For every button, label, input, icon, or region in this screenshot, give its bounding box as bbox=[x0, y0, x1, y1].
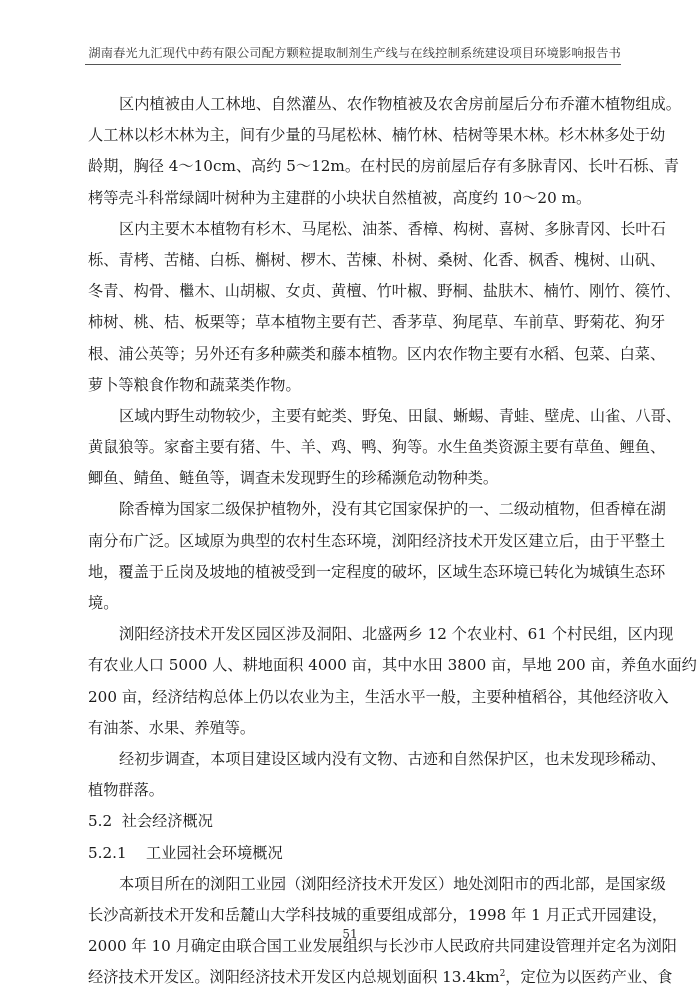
paragraph-vegetation: 区内植被由人工林地、自然灌丛、农作物植被及农舍房前屋后分布乔灌木植物组成。 人工… bbox=[88, 89, 626, 214]
text-line: 经初步调查，本项目建设区域内没有文物、古迹和自然保护区，也未发现珍稀动、 bbox=[88, 744, 626, 775]
paragraph-woody-plants: 区内主要木本植物有杉木、马尾松、油茶、香樟、构树、喜树、多脉青冈、长叶石 栎、青… bbox=[88, 214, 626, 401]
paragraph-wildlife: 区域内野生动物较少，主要有蛇类、野兔、田鼠、蜥蜴、青蛙、壁虎、山雀、八哥、 黄鼠… bbox=[88, 401, 626, 495]
text-line: 地，覆盖于丘岗及坡地的植被受到一定程度的破坏，区域生态环境已转化为城镇生态环 bbox=[88, 557, 626, 588]
text-line: 柿树、桃、桔、板栗等；草本植物主要有芒、香茅草、狗尾草、车前草、野菊花、狗牙 bbox=[88, 307, 626, 338]
text-line: 栲等壳斗科常绿阔叶树种为主建群的小块状自然植被，高度约 10～20 m。 bbox=[88, 183, 626, 214]
text-line: 浏阳经济技术开发区园区涉及洞阳、北盛两乡 12 个农业村、61 个村民组，区内现 bbox=[88, 619, 626, 650]
text-line: 经济技术开发区。浏阳经济技术开发区内总规划面积 13.4km2，定位为以医药产业… bbox=[88, 962, 626, 989]
text-line: 冬青、构骨、檵木、山胡椒、女贞、黄檀、竹叶椒、野桐、盐肤木、楠竹、刚竹、篌竹、 bbox=[88, 276, 626, 307]
text-line: 人工林以杉木林为主，间有少量的马尾松林、楠竹林、桔树等果木林。杉木林多处于幼 bbox=[88, 120, 626, 151]
text-line: 根、浦公英等；另外还有多种蕨类和藤本植物。区内农作物主要有水稻、包菜、白菜、 bbox=[88, 339, 626, 370]
paragraph-agriculture: 浏阳经济技术开发区园区涉及洞阳、北盛两乡 12 个农业村、61 个村民组，区内现… bbox=[88, 619, 626, 744]
text-line: 有油茶、水果、养殖等。 bbox=[88, 713, 626, 744]
text-line: 黄鼠狼等。家畜主要有猪、牛、羊、鸡、鸭、狗等。水生鱼类资源主要有草鱼、鲤鱼、 bbox=[88, 432, 626, 463]
text-line: 区域内野生动物较少，主要有蛇类、野兔、田鼠、蜥蜴、青蛙、壁虎、山雀、八哥、 bbox=[88, 401, 626, 432]
text-line: 除香樟为国家二级保护植物外，没有其它国家保护的一、二级动植物，但香樟在湖 bbox=[88, 494, 626, 525]
text-line: 区内植被由人工林地、自然灌丛、农作物植被及农舍房前屋后分布乔灌木植物组成。 bbox=[88, 89, 626, 120]
text-segment: ，定位为以医药产业、食 bbox=[505, 968, 672, 986]
text-line: 有农业人口 5000 人、耕地面积 4000 亩，其中水田 3800 亩，旱地 … bbox=[88, 650, 626, 681]
text-line: 鲫鱼、鲭鱼、鲢鱼等，调查未发现野生的珍稀濒危动物种类。 bbox=[88, 463, 626, 494]
page-number: 51 bbox=[0, 927, 700, 941]
text-line: 200 亩，经济结构总体上仍以农业为主，生活水平一般，主要种植稻谷，其他经济收入 bbox=[88, 682, 626, 713]
text-segment: 经济技术开发区。浏阳经济技术开发区内总规划面积 13.4km bbox=[88, 968, 500, 986]
text-line: 龄期，胸径 4～10cm、高约 5～12m。在村民的房前屋后存有多脉青冈、长叶石… bbox=[88, 151, 626, 182]
text-line: 境。 bbox=[88, 588, 626, 619]
text-line: 南分布广泛。区域原为典型的农村生态环境，浏阳经济技术开发区建立后，由于平整土 bbox=[88, 526, 626, 557]
text-line: 植物群落。 bbox=[88, 775, 626, 806]
page-body: 区内植被由人工林地、自然灌丛、农作物植被及农舍房前屋后分布乔灌木植物组成。 人工… bbox=[88, 89, 626, 989]
text-line: 萝卜等粮食作物和蔬菜类作物。 bbox=[88, 370, 626, 401]
text-line: 栎、青栲、苦槠、白栎、槲树、椤木、苦楝、朴树、桑树、化香、枫香、槐树、山矾、 bbox=[88, 245, 626, 276]
text-line: 区内主要木本植物有杉木、马尾松、油茶、香樟、构树、喜树、多脉青冈、长叶石 bbox=[88, 214, 626, 245]
paragraph-survey: 经初步调查，本项目建设区域内没有文物、古迹和自然保护区，也未发现珍稀动、 植物群… bbox=[88, 744, 626, 806]
paragraph-protected-species: 除香樟为国家二级保护植物外，没有其它国家保护的一、二级动植物，但香樟在湖 南分布… bbox=[88, 494, 626, 619]
text-line: 本项目所在的浏阳工业园（浏阳经济技术开发区）地处浏阳市的西北部，是国家级 bbox=[88, 869, 626, 900]
section-heading: 5.2 社会经济概况 bbox=[88, 806, 626, 837]
subsection-heading: 5.2.1 工业园社会环境概况 bbox=[88, 838, 626, 869]
running-header: 湖南春光九汇现代中药有限公司配方颗粒提取制剂生产线与在线控制系统建设项目环境影响… bbox=[85, 44, 621, 65]
